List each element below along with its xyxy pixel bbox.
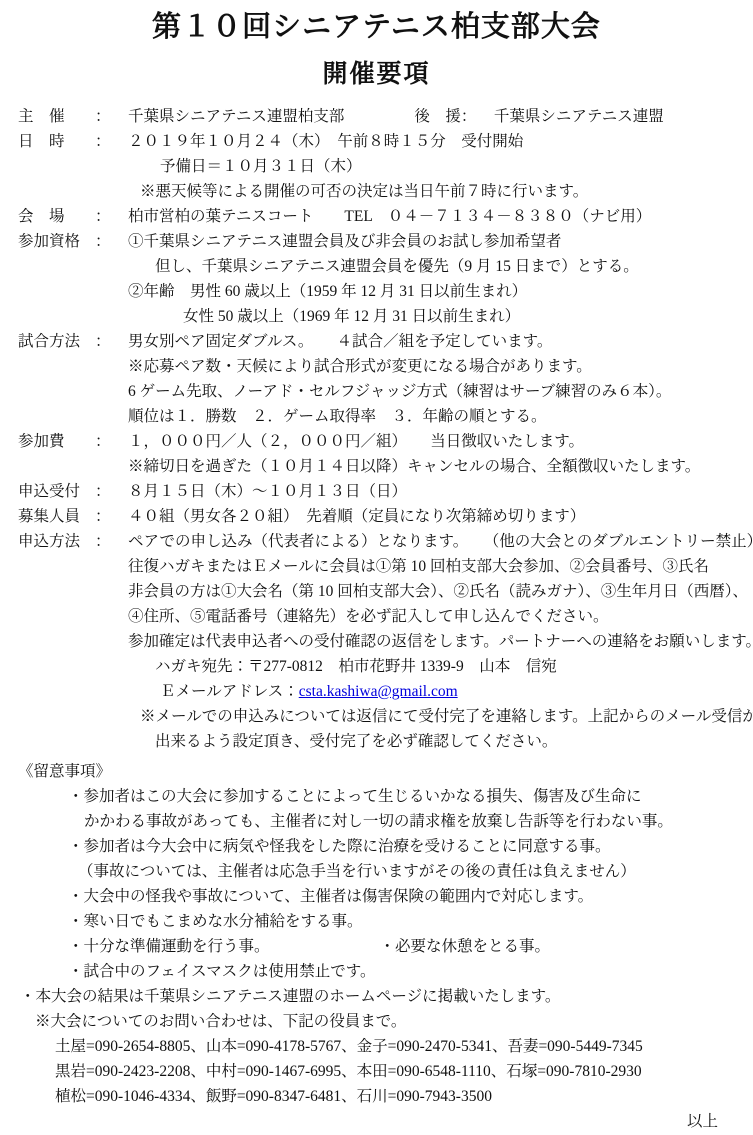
line-text: 千葉県シニアテニス連盟 xyxy=(494,104,664,129)
document-page: 第１０回シニアテニス柏支部大会 開催要項 主 催：千葉県シニアテニス連盟柏支部後… xyxy=(0,0,753,1135)
line-text: （事故については、主催者は応急手当を行いますがその後の責任は負えません） xyxy=(78,859,636,884)
doc-line: 植松=090-1046-4334、飯野=090-8347-6481、石川=090… xyxy=(18,1084,747,1109)
line-text: ・参加者は今大会中に病気や怪我をした際に治療を受けることに同意する事。 xyxy=(68,834,611,859)
line-text: ・試合中のフェイスマスクは使用禁止です。 xyxy=(68,959,376,984)
row-label: 参加資格 xyxy=(18,229,95,254)
doc-line: （事故については、主催者は応急手当を行いますがその後の責任は負えません） xyxy=(18,859,747,884)
row-label: 試合方法 xyxy=(18,329,95,354)
doc-line: ・参加者は今大会中に病気や怪我をした際に治療を受けることに同意する事。 xyxy=(18,834,747,859)
doc-line: ※締切日を過ぎた（１０月１４日以降）キャンセルの場合、全額徴収いたします。 xyxy=(18,454,747,479)
line-text: ・十分な準備運動を行う事。 xyxy=(68,934,270,959)
line-text: ・必要な休憩をとる事。 xyxy=(380,934,551,959)
doc-line: かかわる事故があっても、主催者に対し一切の請求権を放棄し告訴等を行わない事。 xyxy=(18,809,747,834)
body-section: 主 催：千葉県シニアテニス連盟柏支部後 援：千葉県シニアテニス連盟日 時：２０１… xyxy=(18,104,747,754)
doc-line: 試合方法：男女別ペア固定ダブルス。 ４試合／組を予定しています。 xyxy=(18,329,747,354)
line-text: ・参加者はこの大会に参加することによって生じるいかなる損失、傷害及び生命に xyxy=(68,784,642,809)
doc-line: 女性 50 歳以上（1969 年 12 月 31 日以前生まれ） xyxy=(18,304,747,329)
doc-line: ・試合中のフェイスマスクは使用禁止です。 xyxy=(18,959,747,984)
doc-line: 申込受付：８月１５日（木）～１０月１３日（日） xyxy=(18,479,747,504)
doc-line: ※応募ペア数・天候により試合形式が変更になる場合があります。 xyxy=(18,354,747,379)
doc-line: Ｅメールアドレス：csta.kashiwa@gmail.com xyxy=(18,679,747,704)
line-text: ・寒い日でもこまめな水分補給をする事。 xyxy=(68,909,363,934)
row-label: 申込受付 xyxy=(18,479,95,504)
page-subtitle: 開催要項 xyxy=(0,58,753,92)
email-link[interactable]: csta.kashiwa@gmail.com xyxy=(299,679,458,704)
line-text: 黒岩=090-2423-2208、中村=090-1467-6995、本田=090… xyxy=(55,1059,642,1084)
doc-line: ハガキ宛先：〒277-0812 柏市花野井 1339-9 山本 信宛 xyxy=(18,654,747,679)
doc-line: ※悪天候等による開催の可否の決定は当日午前７時に行います。 xyxy=(18,179,747,204)
line-text: ハガキ宛先：〒277-0812 柏市花野井 1339-9 山本 信宛 xyxy=(155,654,557,679)
row-label: 主 催 xyxy=(18,104,95,129)
line-text: 千葉県シニアテニス連盟柏支部 xyxy=(128,104,344,129)
row-colon: ： xyxy=(95,129,128,154)
line-text: 柏市営柏の葉テニスコート TEL ０４－７１３４－８３８０（ナビ用） xyxy=(128,204,651,229)
line-text: ※大会についてのお問い合わせは、下記の役員まで。 xyxy=(35,1009,406,1034)
doc-line: ※メールでの申込みについては返信にて受付完了を連絡します。上記からのメール受信が xyxy=(18,704,747,729)
row-colon: ： xyxy=(95,504,128,529)
row-colon: ： xyxy=(95,229,128,254)
line-text: ②年齢 男性 60 歳以上（1959 年 12 月 31 日以前生まれ） xyxy=(128,279,527,304)
row-colon: ： xyxy=(95,479,128,504)
line-text: Ｅメールアドレス： xyxy=(160,679,299,704)
footer-section: ・本大会の結果は千葉県シニアテニス連盟のホームページに掲載いたします。※大会につ… xyxy=(18,984,747,1109)
doc-line: ※大会についてのお問い合わせは、下記の役員まで。 xyxy=(18,1009,747,1034)
doc-line: 日 時：２０１９年１０月２４（木） 午前８時１５分 受付開始 xyxy=(18,129,747,154)
row-colon: ： xyxy=(95,429,128,454)
row-label: 参加費 xyxy=(18,429,95,454)
line-text: 予備日＝１０月３１日（木） xyxy=(160,154,362,179)
doc-line: 《留意事項》 xyxy=(18,759,747,784)
line-text: 6 ゲーム先取、ノーアド・セルフジャッジ方式（練習はサーブ練習のみ６本）。 xyxy=(128,379,671,404)
row-colon: ： xyxy=(95,529,128,554)
line-text: 順位は１．勝数 ２．ゲーム取得率 ３．年齢の順とする。 xyxy=(128,404,547,429)
doc-line: 参加確定は代表申込者への受付確認の返信をします。パートナーへの連絡をお願いします… xyxy=(18,629,747,654)
row-colon: ： xyxy=(95,104,128,129)
doc-line: 参加資格：①千葉県シニアテニス連盟会員及び非会員のお試し参加希望者 xyxy=(18,229,747,254)
line-text: ２０１９年１０月２４（木） 午前８時１５分 受付開始 xyxy=(128,129,523,154)
line-text: ４０組（男女各２０組） 先着順（定員になり次第締め切ります） xyxy=(128,504,585,529)
doc-line: ・十分な準備運動を行う事。・必要な休憩をとる事。 xyxy=(18,934,747,959)
notes-section: 《留意事項》 ・参加者はこの大会に参加することによって生じるいかなる損失、傷害及… xyxy=(18,759,747,984)
doc-line: ②年齢 男性 60 歳以上（1959 年 12 月 31 日以前生まれ） xyxy=(18,279,747,304)
doc-line: 非会員の方は①大会名（第 10 回柏支部大会）、②氏名（読みガナ）、③生年月日（… xyxy=(18,579,747,604)
line-text: ④住所、⑤電話番号（連絡先）を必ず記入して申し込んでください。 xyxy=(128,604,609,629)
doc-line: 会 場：柏市営柏の葉テニスコート TEL ０４－７１３４－８３８０（ナビ用） xyxy=(18,204,747,229)
line-text: ペアでの申し込み（代表者による）となります。 （他の大会とのダブルエントリー禁止… xyxy=(128,529,753,554)
doc-line: 黒岩=090-2423-2208、中村=090-1467-6995、本田=090… xyxy=(18,1059,747,1084)
doc-line: ・参加者はこの大会に参加することによって生じるいかなる損失、傷害及び生命に xyxy=(18,784,747,809)
doc-line: ・寒い日でもこまめな水分補給をする事。 xyxy=(18,909,747,934)
doc-line: 出来るよう設定頂き、受付完了を必ず確認してください。 xyxy=(18,729,747,754)
line-text: ※応募ペア数・天候により試合形式が変更になる場合があります。 xyxy=(128,354,592,379)
row-colon: ： xyxy=(95,329,128,354)
row-label: 会 場 xyxy=(18,204,95,229)
doc-line: 往復ハガキまたはＥメールに会員は①第 10 回柏支部大会参加、②会員番号、③氏名 xyxy=(18,554,747,579)
doc-line: 6 ゲーム先取、ノーアド・セルフジャッジ方式（練習はサーブ練習のみ６本）。 xyxy=(18,379,747,404)
doc-line: ・本大会の結果は千葉県シニアテニス連盟のホームページに掲載いたします。 xyxy=(18,984,747,1009)
line-text: 植松=090-1046-4334、飯野=090-8347-6481、石川=090… xyxy=(55,1084,492,1109)
line-text: ・大会中の怪我や事故について、主催者は傷害保険の範囲内で対応します。 xyxy=(68,884,593,909)
doc-line: 申込方法：ペアでの申し込み（代表者による）となります。 （他の大会とのダブルエン… xyxy=(18,529,747,554)
doc-line: 予備日＝１０月３１日（木） xyxy=(18,154,747,179)
line-text: １，０００円／人（２，０００円／組） 当日徴収いたします。 xyxy=(128,429,584,454)
line-text: 女性 50 歳以上（1969 年 12 月 31 日以前生まれ） xyxy=(183,304,520,329)
row-label: 申込方法 xyxy=(18,529,95,554)
line-text: ※メールでの申込みについては返信にて受付完了を連絡します。上記からのメール受信が xyxy=(140,704,753,729)
doc-line: ④住所、⑤電話番号（連絡先）を必ず記入して申し込んでください。 xyxy=(18,604,747,629)
notes-items: ・参加者はこの大会に参加することによって生じるいかなる損失、傷害及び生命にかかわ… xyxy=(18,784,747,984)
closing-text: 以上 xyxy=(0,1109,753,1134)
line-text: 非会員の方は①大会名（第 10 回柏支部大会）、②氏名（読みガナ）、③生年月日（… xyxy=(128,579,748,604)
doc-line: 順位は１．勝数 ２．ゲーム取得率 ３．年齢の順とする。 xyxy=(18,404,747,429)
line-text: 往復ハガキまたはＥメールに会員は①第 10 回柏支部大会参加、②会員番号、③氏名 xyxy=(128,554,709,579)
doc-line: 募集人員：４０組（男女各２０組） 先着順（定員になり次第締め切ります） xyxy=(18,504,747,529)
row-colon: ： xyxy=(461,104,494,129)
line-text: ・本大会の結果は千葉県シニアテニス連盟のホームページに掲載いたします。 xyxy=(20,984,560,1009)
row-colon: ： xyxy=(95,204,128,229)
doc-line: 参加費：１，０００円／人（２，０００円／組） 当日徴収いたします。 xyxy=(18,429,747,454)
page-title: 第１０回シニアテニス柏支部大会 xyxy=(0,6,753,48)
doc-line: ・大会中の怪我や事故について、主催者は傷害保険の範囲内で対応します。 xyxy=(18,884,747,909)
line-text: 出来るよう設定頂き、受付完了を必ず確認してください。 xyxy=(155,729,557,754)
line-text: 土屋=090-2654-8805、山本=090-4178-5767、金子=090… xyxy=(55,1034,643,1059)
line-text: 男女別ペア固定ダブルス。 ４試合／組を予定しています。 xyxy=(128,329,552,354)
line-text: ※悪天候等による開催の可否の決定は当日午前７時に行います。 xyxy=(140,179,588,204)
row-label: 後 援 xyxy=(414,104,461,129)
line-text: ８月１５日（木）～１０月１３日（日） xyxy=(128,479,407,504)
line-text: ※締切日を過ぎた（１０月１４日以降）キャンセルの場合、全額徴収いたします。 xyxy=(128,454,700,479)
line-text: ①千葉県シニアテニス連盟会員及び非会員のお試し参加希望者 xyxy=(128,229,561,254)
notes-header: 《留意事項》 xyxy=(18,759,111,784)
line-text: 参加確定は代表申込者への受付確認の返信をします。パートナーへの連絡をお願いします… xyxy=(128,629,753,654)
doc-line: 主 催：千葉県シニアテニス連盟柏支部後 援：千葉県シニアテニス連盟 xyxy=(18,104,747,129)
document-body: 主 催：千葉県シニアテニス連盟柏支部後 援：千葉県シニアテニス連盟日 時：２０１… xyxy=(0,104,753,1109)
doc-line: 土屋=090-2654-8805、山本=090-4178-5767、金子=090… xyxy=(18,1034,747,1059)
row-label: 募集人員 xyxy=(18,504,95,529)
line-text: かかわる事故があっても、主催者に対し一切の請求権を放棄し告訴等を行わない事。 xyxy=(84,809,673,834)
doc-line: 但し、千葉県シニアテニス連盟会員を優先（9 月 15 日まで）とする。 xyxy=(18,254,747,279)
line-text: 但し、千葉県シニアテニス連盟会員を優先（9 月 15 日まで）とする。 xyxy=(155,254,639,279)
row-label: 日 時 xyxy=(18,129,95,154)
